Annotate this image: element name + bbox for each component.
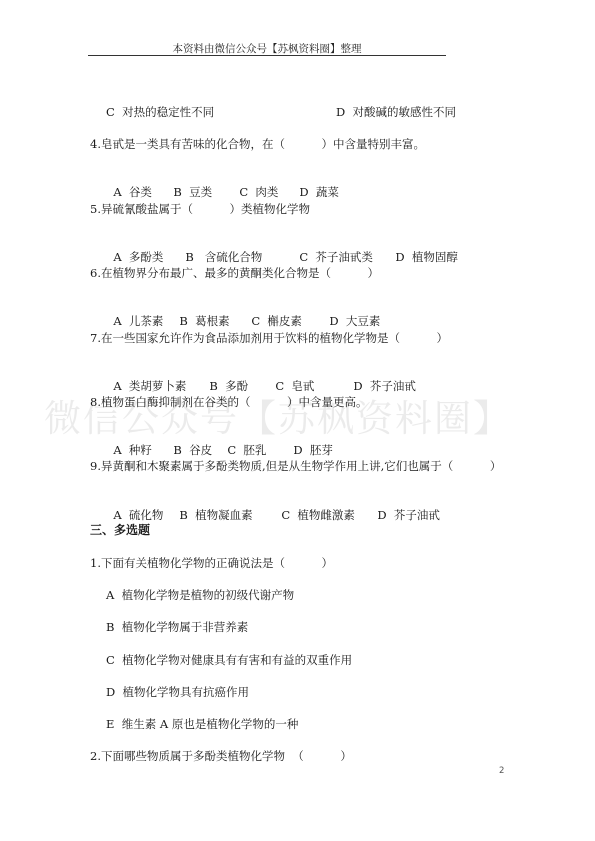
page-number: 2 (499, 766, 504, 776)
option-d: D 胚芽 (293, 442, 333, 458)
multi-question-1-option-c: C 植物化学物对健康具有有害和有益的双重作用 (106, 652, 352, 668)
question-9-stem: 9.异黄酮和木聚素属于多酚类物质,但是从生物学作用上讲,它们也属于（ ） (90, 458, 501, 474)
question-9-options: A 硫化物B 植物凝血素C 植物雌激素D 芥子油甙 (106, 491, 440, 523)
option-b: B 植物凝血素 (179, 507, 281, 523)
question-6-stem: 6.在植物界分布最广、最多的黄酮类化合物是（ ） (90, 265, 379, 281)
option-c: C 植物雌激素 (281, 507, 377, 523)
option-a: A 谷类 (113, 184, 173, 200)
prev-option-d: D 对酸碱的敏感性不同 (336, 104, 456, 120)
option-b: B 谷皮 (173, 442, 227, 458)
option-b: B 葛根素 (179, 313, 251, 329)
multi-question-1-option-d: D 植物化学物具有抗癌作用 (106, 684, 249, 700)
page-header: 本资料由微信公众号【苏枫资料圈】整理 (88, 38, 446, 60)
question-4-options: A 谷类B 豆类C 肉类D 蔬菜 (106, 168, 339, 200)
question-8-stem: 8.植物蛋白酶抑制剂在谷类的（ ）中含量更高。 (90, 394, 368, 410)
option-c: C 胚乳 (227, 442, 293, 458)
question-7-stem: 7.在一些国家允许作为食品添加剂用于饮料的植物化学物是（ ） (90, 330, 448, 346)
prev-option-c: C 对热的稳定性不同 (106, 104, 214, 120)
question-5-stem: 5.异硫氰酸盐属于（ ）类植物化学物 (90, 201, 310, 217)
question-5-options: A 多酚类B 含硫化合物C 芥子油甙类D 植物固醇 (106, 233, 458, 265)
question-4-stem: 4.皂甙是一类具有苦味的化合物，在（ ）中含量特别丰富。 (90, 136, 425, 152)
option-d: D 芥子油甙 (353, 378, 416, 394)
option-c: C 肉类 (239, 184, 299, 200)
option-a: A 类胡萝卜素 (113, 378, 209, 394)
multi-question-1-stem: 1.下面有关植物化学物的正确说法是（ ） (90, 555, 333, 571)
option-d: D 芥子油甙 (377, 507, 440, 523)
option-a: A 种籽 (113, 442, 173, 458)
question-8-options: A 种籽B 谷皮C 胚乳D 胚芽 (106, 426, 333, 458)
option-c: C 芥子油甙类 (299, 249, 395, 265)
multi-question-1-option-a: A 植物化学物是植物的初级代谢产物 (106, 587, 294, 603)
option-b: B 多酚 (209, 378, 275, 394)
option-d: D 植物固醇 (395, 249, 458, 265)
option-b: B 豆类 (173, 184, 239, 200)
question-7-options: A 类胡萝卜素B 多酚C 皂甙D 芥子油甙 (106, 362, 416, 394)
option-c: C 皂甙 (275, 378, 353, 394)
multi-question-1-option-b: B 植物化学物属于非营养素 (106, 619, 248, 635)
section-title-multiple-choice: 三、多选题 (90, 522, 150, 538)
option-d: D 蔬菜 (299, 184, 339, 200)
option-a: A 硫化物 (113, 507, 179, 523)
header-divider (88, 55, 446, 56)
multi-question-1-option-e: E 维生素 A 原也是植物化学物的一种 (106, 716, 298, 732)
option-c: C 槲皮素 (251, 313, 329, 329)
option-b: B 含硫化合物 (185, 249, 299, 265)
option-a: A 儿茶素 (113, 313, 179, 329)
question-6-options: A 儿茶素B 葛根素C 槲皮素D 大豆素 (106, 297, 380, 329)
option-a: A 多酚类 (113, 249, 185, 265)
multi-question-2-stem: 2.下面哪些物质属于多酚类植物化学物 （ ） (90, 748, 352, 764)
option-d: D 大豆素 (329, 313, 380, 329)
